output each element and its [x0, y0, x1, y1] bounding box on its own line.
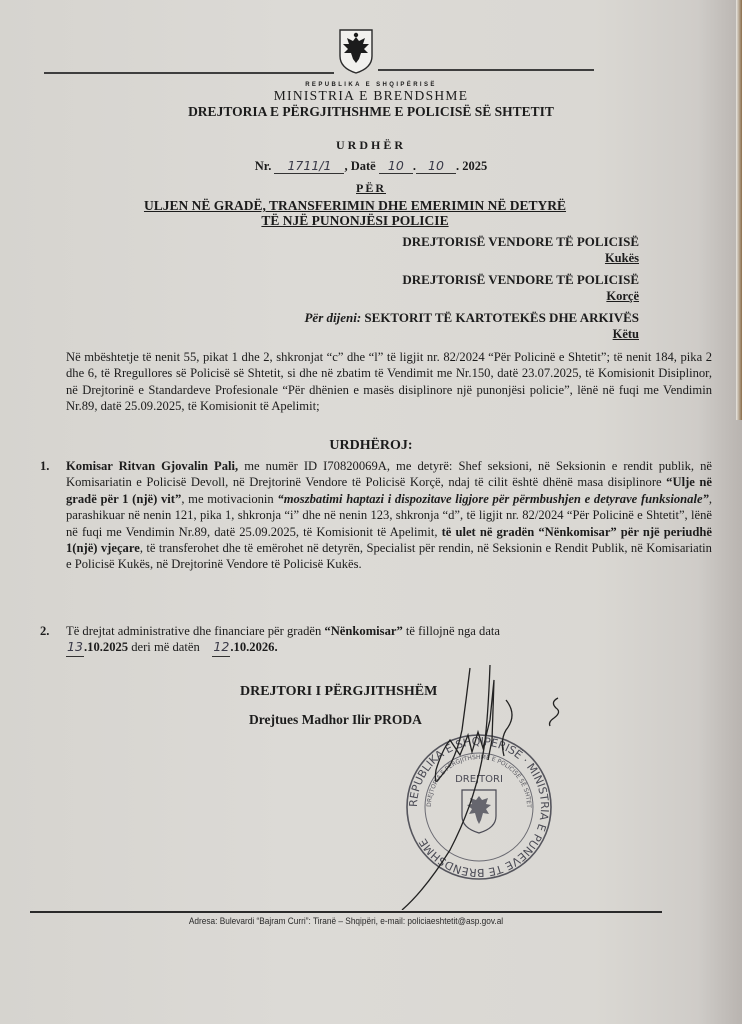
recipient-place: Këtu: [304, 326, 639, 342]
for-info-label: Për dijeni:: [304, 310, 361, 325]
footer-address: Adresa: Bulevardi “Bajram Curri”: Tiranë…: [55, 916, 636, 926]
date-label: , Datë: [344, 159, 375, 173]
recipient-name: DREJTORISË VENDORE TË POLICISË: [402, 272, 639, 288]
desk-edge: [736, 0, 742, 420]
recipient-place: Kukës: [402, 250, 639, 266]
recipient-name: DREJTORISË VENDORE TË POLICISË: [402, 234, 639, 250]
item-text-part: Të drejtat administrative dhe financiare…: [66, 624, 324, 638]
ordering-heading: URDHËROJ:: [0, 438, 742, 454]
officer-name: Komisar Ritvan Gjovalin Pali,: [66, 459, 238, 473]
date-year: . 2025: [456, 159, 487, 173]
subject-line-1: ULJEN NË GRADË, TRANSFERIMIN DHE EMERIMI…: [144, 198, 566, 213]
item-text: Të drejtat administrative dhe financiare…: [66, 623, 712, 657]
item-text: Komisar Ritvan Gjovalin Pali, me numër I…: [66, 458, 712, 573]
item-text-part: deri më datën: [128, 640, 203, 654]
header-rule-left: [44, 72, 334, 74]
footer-rule: [30, 911, 662, 913]
header-rule-right: [378, 69, 594, 71]
per-text: PËR: [356, 181, 386, 195]
recipient-archive: Për dijeni: SEKTORIT TË KARTOTEKËS DHE A…: [304, 310, 639, 342]
end-day: 12: [212, 639, 230, 656]
start-date: .10.2025: [84, 640, 128, 654]
motivation: “moszbatimi haptazi i dispozitave ligjor…: [277, 492, 708, 506]
date-month: 10: [416, 158, 456, 174]
recipient-kukes: DREJTORISË VENDORE TË POLICISË Kukës: [402, 234, 639, 266]
item-number: 1.: [40, 458, 66, 573]
order-number: 1711/1: [274, 158, 344, 174]
start-day: 13: [66, 639, 84, 656]
per-label: PËR: [0, 181, 742, 196]
nr-label: Nr.: [255, 159, 272, 173]
item-number: 2.: [40, 623, 66, 657]
ministry-label: MINISTRIA E BRENDSHME: [0, 88, 742, 104]
preamble-paragraph: Në mbështetje të nenit 55, pikat 1 dhe 2…: [66, 349, 712, 414]
recipient-place: Korçë: [402, 288, 639, 304]
end-date: .10.2026.: [230, 640, 277, 654]
order-number-line: Nr. 1711/1, Datë 10.10. 2025: [0, 158, 742, 174]
recipient-korce: DREJTORISË VENDORE TË POLICISË Korçë: [402, 272, 639, 304]
item-text-part: , të transferohet dhe të emërohet në det…: [66, 541, 712, 571]
date-day: 10: [379, 158, 413, 174]
albanian-eagle-emblem-icon: [338, 28, 374, 74]
recipient-name: SEKTORIT TË KARTOTEKËS DHE ARKIVËS: [364, 310, 639, 325]
subject-line-2: TË NJË PUNONJËSI POLICIE: [261, 213, 448, 228]
item-text-part: , me motivacionin: [181, 492, 277, 506]
grade: “Nënkomisar”: [324, 624, 402, 638]
handwritten-signature-icon: [380, 660, 600, 910]
order-subject: ULJEN NË GRADË, TRANSFERIMIN DHE EMERIMI…: [125, 198, 585, 228]
order-item-1: 1. Komisar Ritvan Gjovalin Pali, me numë…: [40, 458, 712, 573]
order-item-2: 2. Të drejtat administrative dhe financi…: [40, 623, 712, 657]
document-title: URDHËR: [0, 138, 742, 153]
item-text-part: të fillojnë nga data: [403, 624, 500, 638]
directorate-label: DREJTORIA E PËRGJITHSHME E POLICISË SË S…: [0, 104, 742, 120]
